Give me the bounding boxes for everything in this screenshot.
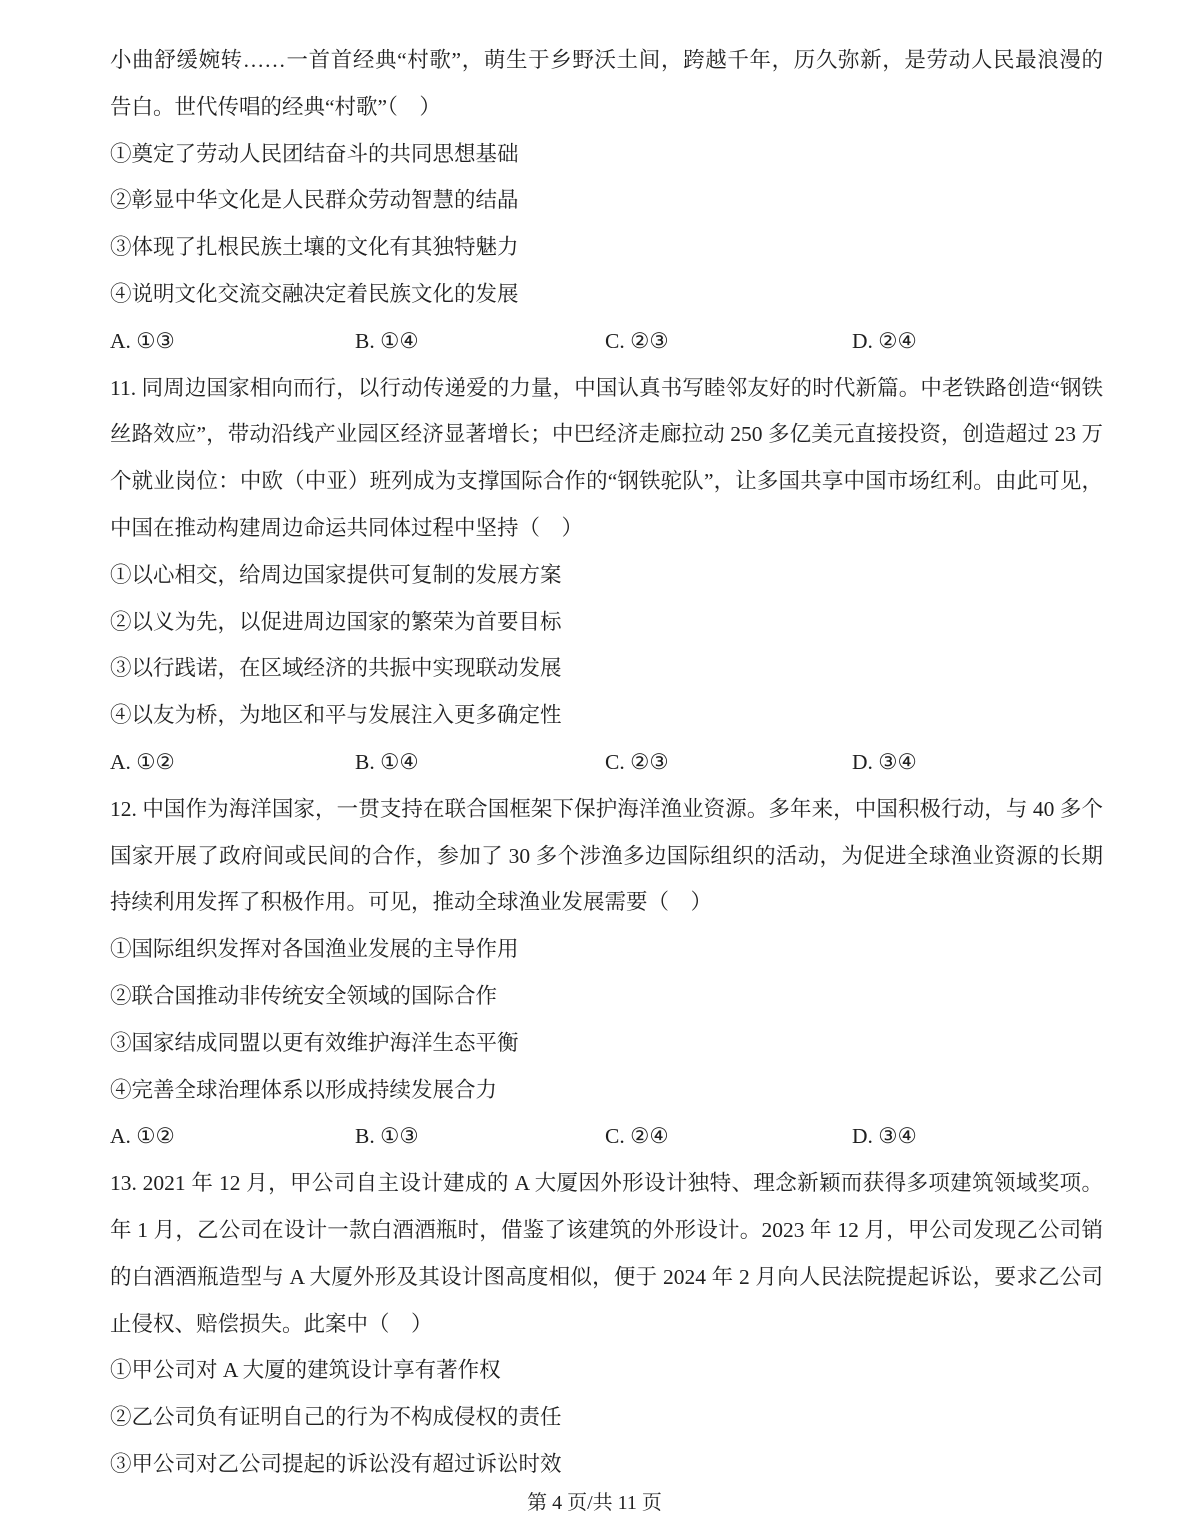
question-12-stem-line-3: 持续利用发挥了积极作用。可见，推动全球渔业发展需要（ ） bbox=[110, 879, 1103, 926]
question-11-option-b: B. ①④ bbox=[355, 739, 605, 786]
question-10-item-1: ①奠定了劳动人民团结奋斗的共同思想基础 bbox=[110, 131, 1103, 178]
question-11-stem-line-3: 个就业岗位：中欧（中亚）班列成为支撑国际合作的“钢铁驼队”，让多国共享中国市场红… bbox=[110, 458, 1103, 505]
question-11-stem-line-4: 中国在推动构建周边命运共同体过程中坚持（ ） bbox=[110, 505, 1103, 552]
question-13-item-3: ③甲公司对乙公司提起的诉讼没有超过诉讼时效 bbox=[110, 1441, 1103, 1488]
question-10-option-d: D. ②④ bbox=[852, 318, 1103, 365]
question-11-stem-line-1: 11. 同周边国家相向而行，以行动传递爱的力量，中国认真书写睦邻友好的时代新篇。… bbox=[110, 365, 1103, 412]
question-13-stem-line-4: 止侵权、赔偿损失。此案中（ ） bbox=[110, 1301, 1103, 1348]
question-11-item-2: ②以义为先，以促进周边国家的繁荣为首要目标 bbox=[110, 599, 1103, 646]
question-11-item-4: ④以友为桥，为地区和平与发展注入更多确定性 bbox=[110, 692, 1103, 739]
exam-page: 小曲舒缓婉转……一首首经典“村歌”，萌生于乡野沃土间，跨越千年，历久弥新，是劳动… bbox=[0, 0, 1189, 1535]
question-11-item-1: ①以心相交，给周边国家提供可复制的发展方案 bbox=[110, 552, 1103, 599]
question-10-block: 小曲舒缓婉转……一首首经典“村歌”，萌生于乡野沃土间，跨越千年，历久弥新，是劳动… bbox=[110, 37, 1103, 365]
question-10-item-2: ②彰显中华文化是人民群众劳动智慧的结晶 bbox=[110, 177, 1103, 224]
question-11-option-a: A. ①② bbox=[110, 739, 355, 786]
question-11-block: 11. 同周边国家相向而行，以行动传递爱的力量，中国认真书写睦邻友好的时代新篇。… bbox=[110, 365, 1103, 786]
question-10-options-row: A. ①③ B. ①④ C. ②③ D. ②④ bbox=[110, 318, 1103, 365]
question-12-option-d: D. ③④ bbox=[852, 1113, 1103, 1160]
question-11-stem-line-2: 丝路效应”，带动沿线产业园区经济显著增长；中巴经济走廊拉动 250 多亿美元直接… bbox=[110, 411, 1103, 458]
question-13-stem-line-3: 的白酒酒瓶造型与 A 大厦外形及其设计图高度相似，便于 2024 年 2 月向人… bbox=[110, 1254, 1103, 1301]
question-12-option-a: A. ①② bbox=[110, 1113, 355, 1160]
question-10-item-3: ③体现了扎根民族土壤的文化有其独特魅力 bbox=[110, 224, 1103, 271]
question-13-stem-line-1: 13. 2021 年 12 月，甲公司自主设计建成的 A 大厦因外形设计独特、理… bbox=[110, 1160, 1103, 1207]
question-10-stem-line-1: 小曲舒缓婉转……一首首经典“村歌”，萌生于乡野沃土间，跨越千年，历久弥新，是劳动… bbox=[110, 37, 1103, 84]
question-11-options-row: A. ①② B. ①④ C. ②③ D. ③④ bbox=[110, 739, 1103, 786]
question-12-item-3: ③国家结成同盟以更有效维护海洋生态平衡 bbox=[110, 1020, 1103, 1067]
question-10-option-b: B. ①④ bbox=[355, 318, 605, 365]
question-11-option-c: C. ②③ bbox=[605, 739, 852, 786]
question-11-item-3: ③以行践诺，在区域经济的共振中实现联动发展 bbox=[110, 645, 1103, 692]
question-13-item-1: ①甲公司对 A 大厦的建筑设计享有著作权 bbox=[110, 1347, 1103, 1394]
question-12-option-b: B. ①③ bbox=[355, 1113, 605, 1160]
question-12-item-4: ④完善全球治理体系以形成持续发展合力 bbox=[110, 1067, 1103, 1114]
question-13-block: 13. 2021 年 12 月，甲公司自主设计建成的 A 大厦因外形设计独特、理… bbox=[110, 1160, 1103, 1488]
question-12-block: 12. 中国作为海洋国家，一贯支持在联合国框架下保护海洋渔业资源。多年来，中国积… bbox=[110, 786, 1103, 1160]
question-12-option-c: C. ②④ bbox=[605, 1113, 852, 1160]
question-12-stem-line-1: 12. 中国作为海洋国家，一贯支持在联合国框架下保护海洋渔业资源。多年来，中国积… bbox=[110, 786, 1103, 833]
question-13-stem-line-2: 年 1 月，乙公司在设计一款白酒酒瓶时，借鉴了该建筑的外形设计。2023 年 1… bbox=[110, 1207, 1103, 1254]
question-10-option-a: A. ①③ bbox=[110, 318, 355, 365]
question-12-item-1: ①国际组织发挥对各国渔业发展的主导作用 bbox=[110, 926, 1103, 973]
question-10-stem-line-2: 告白。世代传唱的经典“村歌”（ ） bbox=[110, 84, 1103, 131]
page-number-footer: 第 4 页/共 11 页 bbox=[0, 1491, 1189, 1515]
question-11-option-d: D. ③④ bbox=[852, 739, 1103, 786]
question-10-item-4: ④说明文化交流交融决定着民族文化的发展 bbox=[110, 271, 1103, 318]
question-13-item-2: ②乙公司负有证明自己的行为不构成侵权的责任 bbox=[110, 1394, 1103, 1441]
question-10-option-c: C. ②③ bbox=[605, 318, 852, 365]
question-12-options-row: A. ①② B. ①③ C. ②④ D. ③④ bbox=[110, 1113, 1103, 1160]
question-12-item-2: ②联合国推动非传统安全领域的国际合作 bbox=[110, 973, 1103, 1020]
question-12-stem-line-2: 国家开展了政府间或民间的合作，参加了 30 多个涉渔多边国际组织的活动，为促进全… bbox=[110, 833, 1103, 880]
